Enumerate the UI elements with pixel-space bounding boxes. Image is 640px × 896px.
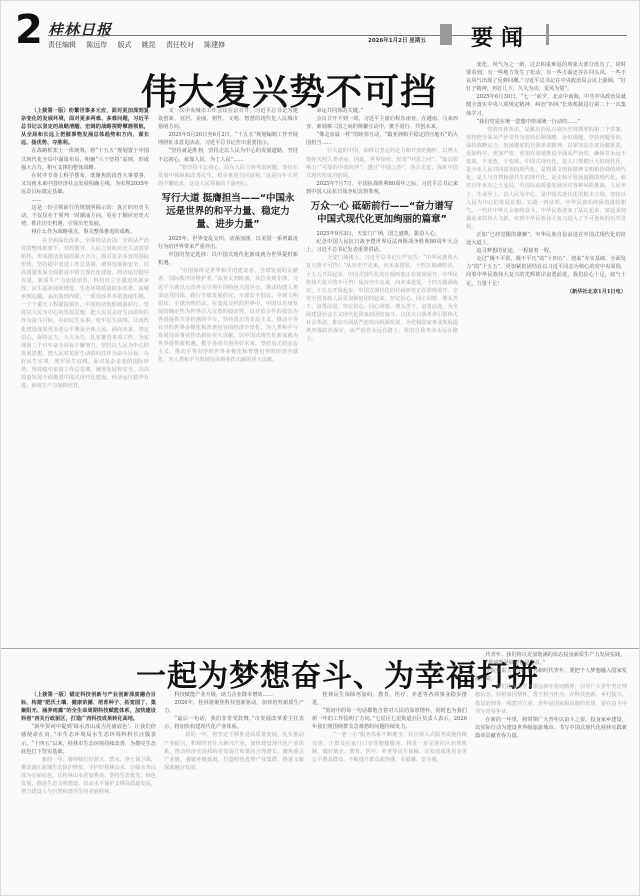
paragraph: 2025年9月3日，天安门广场，国之盛典，振奋人心。 xyxy=(306,230,458,238)
paragraph: 2025年5月20日至6月2日，“十五五”规划编制工作开展网络征求意见活动。习近… xyxy=(158,131,298,147)
page-number: 2 xyxy=(15,13,43,47)
article1-subheading-2: 万众一心 砥砺前行——“奋力谱写中国式现代化更加绚丽的篇章” xyxy=(306,200,458,226)
issue-date: 2026年1月2日 星期五 xyxy=(368,36,426,44)
paragraph: 走过“极不平常、极不平凡”的“十四五”，迎来“夯实基础、全面发力”的“十五五”，… xyxy=(466,255,626,287)
paragraph: “中国始终是世界和平的建设者、全球发展的贡献者、国际秩序的维护者。”从亚太到欧洲… xyxy=(158,267,298,364)
paragraph: …… xyxy=(21,196,149,204)
article1-subheading-1: 写行大道 挺膺担当——“中国永远是世界的和平力量、稳定力量、进步力量” xyxy=(158,192,298,231)
paragraph: 变化，风气为之一新，过去积重难返的现象大部分没有了，同时要看到，有一些地方发生了… xyxy=(466,61,626,93)
paragraph: （上接第一版）纷繁世事多元应，面对更加深刻复杂变化的发展环境，面对更多两难、多难… xyxy=(21,107,149,147)
paragraph: “我们党是在统一思想中形成统一行动的……” xyxy=(466,118,626,126)
paragraph: “贺词中的每一句话都饱含着对人民的深厚情怀，同时也为我们新一年的工作指明了方向。… xyxy=(312,707,467,731)
article1-byline: （新华社北京1月1日电） xyxy=(466,288,626,296)
masthead: 2 桂林日报 责任编辑 陈远岸 版式 姚昆 责任校对 陈建修 2026年1月2日… xyxy=(1,1,640,61)
paragraph: 在战略框架上一体统筹，将“十五五”规划置于中国式现代化全局中谋篇布局，明确“六个… xyxy=(21,147,149,171)
paragraph: “要坚持不忘初心，站在人民立场考虑问题，坚持在发展中保障和改善民生，稳步推进共同… xyxy=(158,164,298,188)
paragraph: 2025年7月7日，全国抗战胜利80周年之际，习近平总书记来到中国人民抗日战争纪… xyxy=(306,180,458,196)
paragraph: “像走亲戚一样”的睦邻互动，“做亚洲和平稳定的压舱石”的大国担当…… xyxy=(306,131,458,147)
paragraph: “一老一小”服务体系不断健全，社区嵌入式服务设施持续完善，让群众在家门口享受便捷… xyxy=(312,731,467,763)
article1-column-1: （上接第一版）纷繁世事多元应，面对更加深刻复杂变化的发展环境，面对更多两难、多难… xyxy=(21,107,149,645)
paragraph: 天安门城楼上，习近平总书记庄严宣告：“中华民族伟大复兴势不可挡！”从历史中走来，… xyxy=(306,254,458,343)
paragraph: 正如“已经觉醒的雄狮”，中华民族自信奋进在中国式现代化的征途大道上。 xyxy=(466,231,626,247)
section-marker-block xyxy=(440,24,452,45)
paragraph: “贺词既是展望也是号召。” xyxy=(475,659,627,667)
paper-name-logo: 桂林日报 xyxy=(48,19,112,40)
article2-column-1: （上接第一版）锚定科技创新与产业创新深度融合目标，构建“肥沃土壤、健康苗圃、培育… xyxy=(21,691,156,887)
paragraph: 追寻梦想的征途，一程接着一程。 xyxy=(466,247,626,255)
masthead-rule-right xyxy=(551,35,627,36)
article-divider xyxy=(1,648,639,649)
paragraph: 在时序节奏上科学摆布，既聚焦阶段性大事要事，又勾画未来中国经济社会发展明确主线，… xyxy=(21,172,149,196)
masthead-rule-left xyxy=(48,35,621,36)
newspaper-page: 2 桂林日报 责任编辑 陈远岸 版式 姚昆 责任校对 陈建修 2026年1月2日… xyxy=(0,0,640,896)
paragraph: 会议召开不到一周，习近平主席启程东南亚，在越南、马来西亚、柬埔寨三国之间的频繁互… xyxy=(306,115,458,131)
paragraph: 新的一年，将持续打好蓝天、碧水、净土保卫战，推动漓江流域生态保护修复，守护好桂林… xyxy=(21,756,156,796)
paragraph: 学院负责人表示，作为新时代青年，要把个人梦想融入国家发展大局。 xyxy=(475,667,627,683)
editors-credit: 责任编辑 陈远岸 版式 姚昆 责任校对 陈建修 xyxy=(48,40,225,50)
article1-column-2: 又一次中央城市工作会议在京召开，习近平总书记为建设创新、宜居、美丽、韧性、文明、… xyxy=(158,107,298,645)
paragraph: 代青年。我们将以更加饱满的状态投身新质生产力发展实践。 xyxy=(475,651,627,659)
paragraph: 我们将深入学习领会新年贺词精神，引导广大青年坚定理想信念，厚植家国情怀，勇于担当… xyxy=(475,683,627,715)
paragraph: 中国的坚定选择：以中国式现代化新成就为世界提供新机遇。 xyxy=(158,251,298,267)
article1-column-4: 变化，风气为之一新，过去积重难返的现象大部分没有了，同时要看到，有一些地方发生了… xyxy=(466,61,626,645)
paragraph: “坚持就是胜利，坚持走以人民为中心的发展道路，坚持不忘初心，依靠人民、为了人民”… xyxy=(158,147,298,163)
section-marker-bar xyxy=(546,24,549,45)
paragraph: 2026年，桂林将聚焦科技创新驱动，加快培育新质生产力。 xyxy=(164,699,304,715)
paragraph: 纪念中国人民抗日战争暨世界反法西斯战争胜利80周年大会上，习近平总书记发表重要讲… xyxy=(306,238,458,254)
article2-column-4: 代青年。我们将以更加饱满的状态投身新质生产力发展实践。 “贺词既是展望也是号召。… xyxy=(475,651,627,887)
paragraph: 在全面深化改革、全面依法治国、全面从严治党的整体框架下，党的领导、人民立场和历史… xyxy=(21,237,149,391)
paragraph: 在新的一年里，将带领广大青年以奋斗之姿，投身家乡建设，以实际行动为建设世界级旅游… xyxy=(475,716,627,740)
paragraph: 党的自我革命，是跳出治乱兴衰历史周期率的第二个答案。坚持把全面从严治党作为党的长… xyxy=(466,126,626,231)
paragraph: “最后一句话，我们非常受鼓舞。”市发展改革委主任表示，将加快构建现代化产业体系。 xyxy=(164,715,304,731)
paragraph: 桂林民生保障再加码，教育、医疗、养老等各项事业稳步推进。 xyxy=(312,691,467,707)
article2-column-2: 科技赋能产业升级，助力企业降本增效…… 2026年，桂林将聚焦科技创新驱动，加快… xyxy=(164,691,304,887)
paragraph: 行大道的中国，始终以坚定的定力和开放的胸怀，以博大情怀关照人类命运。因此，世界惊… xyxy=(306,147,458,179)
paragraph: 科技赋能产业升级，助力企业降本增效…… xyxy=(164,691,304,699)
paragraph: （上接第一版）锚定科技创新与产业创新深度融合目标，构建“肥沃土壤、健康苗圃、培育… xyxy=(21,691,156,723)
paragraph: 又一次中央城市工作会议在京召开，习近平总书记为建设创新、宜居、美丽、韧性、文明、… xyxy=(158,107,298,131)
paragraph: “新年贺词中提到‘绿水青山成为亮丽底色’，让我们倍感使命在肩。”市生态环境局水生… xyxy=(21,723,156,755)
paragraph: 新的一年，将坚定不移推进高质量发展，扎实推动产业振兴，积极培育壮大新兴产业，加快… xyxy=(164,731,304,771)
section-title: 要闻 xyxy=(471,21,531,52)
paragraph: 这是一份引领前行的规划所揭示的：真正的历史主动，不仅仅在于预判一时潮涌方向，更在… xyxy=(21,204,149,228)
paragraph: 2025年6月30日，“七一”前夕，北京中南海，中共中央政治局就健全落实中央八项… xyxy=(466,93,626,117)
article1-column-3: 命运共同体的关键。” 会议召开不到一周，习近平主席启程东南亚，在越南、马来西亚、… xyxy=(306,107,458,645)
paragraph: 2025年，世界变乱交织，动荡加剧，以美国一系列霸凌行为给世界带来严重冲击。 xyxy=(158,235,298,251)
paragraph: 将什么作为战略重点，事关整体推进的成败。 xyxy=(21,228,149,236)
paragraph: 命运共同体的关键。” xyxy=(306,107,458,115)
article2-column-3: 桂林民生保障再加码，教育、医疗、养老等各项事业稳步推进。 “贺词中的每一句话都饱… xyxy=(312,691,467,887)
